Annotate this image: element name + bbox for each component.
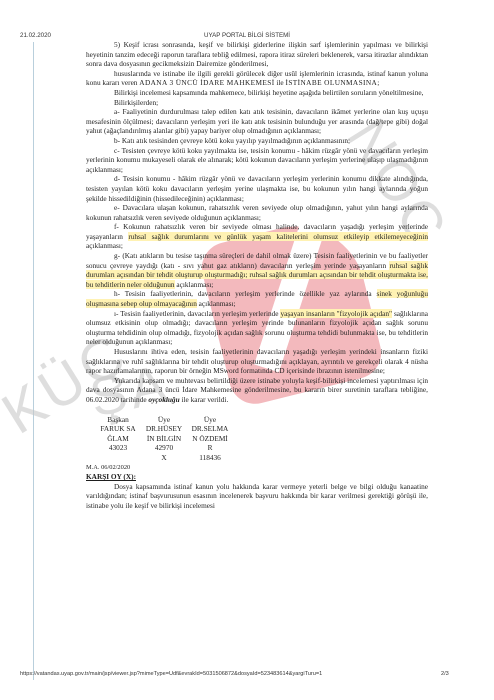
question-f: f- Kokunun rahatsızlık veren bir seviyed… [86,222,428,251]
sig-name: N ÖZDEMİ [188,434,232,444]
sig-name: İN BİLGİN [142,434,186,444]
paragraph-bilirkisilerden: Bilirkişilerden; [86,98,428,108]
signature-block: Başkan Üye Üye FARUK SA DR.HÜSEY DR.SELM… [96,415,428,463]
sig-name: FARUK SA [96,424,140,434]
sig-id: R [188,443,232,453]
question-h: h- Tesisin faaliyetlerinin, davacıların … [86,289,428,308]
highlighted-text: ruhsal sağlık durumlarını ve günlük yaşa… [128,232,428,241]
paragraph-bilirkisi: Bilirkişi incelemesi kapsamında mahkemec… [86,88,428,98]
page-url: https://vatandas.uyap.gov.tr/main/jsp/vi… [20,671,322,677]
question-e: e- Davacılara ulaşan kokunun, rahatsızlı… [86,203,428,222]
sig-id: 42970 [142,443,186,453]
sig-id: X [142,453,186,463]
sig-role: Başkan [96,415,140,425]
court-name: ADANA 3 ÜNCÜ İDARE MAHKEMESİ [139,78,274,87]
question-b: b- Katı atık tesisinden çevreye kötü kok… [86,136,428,146]
sig-name: DR.HÜSEY [142,424,186,434]
question-i: ı- Tesisin faaliyetlerinin, davacıların … [86,309,428,347]
sig-name: DR.SELMA [188,424,232,434]
document-body: 5) Keşif icrası sonrasında, keşif ve bil… [86,40,428,511]
print-footer: https://vatandas.uyap.gov.tr/main/jsp/vi… [0,671,494,681]
sig-role: Üye [142,415,186,425]
ma-line: M.A. 06/02/2020 [86,463,428,473]
question-g: g- (Katı atıkların bu tesise taşınma sür… [86,251,428,289]
vote-majority: oyçokluğu [148,395,179,404]
sig-id: 118436 [188,453,232,463]
question-c: c- Tesisten çevreye kötü koku yayılmakta… [86,146,428,175]
dissent-title: KARŞI OY (X): [86,472,428,482]
question-d: d- Tesisin konumu - hâkim rüzgâr yönü ve… [86,174,428,203]
sig-id: 43023 [96,443,140,453]
paragraph-decision: Yukarıda kapsam ve muhtevası belirtildiğ… [86,376,428,405]
paragraph-hususlarinda: hususlarında ve istinabe ile ilgili gere… [86,69,428,88]
sig-id [96,453,140,463]
paragraph-hususlarini: Hususlarını ihtiva eden, tesisin faaliye… [86,347,428,376]
question-a: a- Faaliyetinin durdurulması talep edile… [86,107,428,136]
paragraph-item-5: 5) Keşif icrası sonrasında, keşif ve bil… [86,40,428,69]
dissent-text: Dosya kapsamında istinaf kanun yolu hakk… [86,482,428,511]
system-title: UYAP PORTAL BİLGİ SİSTEMİ [0,32,494,39]
istinabe-decision: İSTİNABE OLUNMASINA; [286,78,380,87]
sig-name: ĞLAM [96,434,140,444]
sig-role: Üye [188,415,232,425]
page-number: 2/3 [441,671,449,677]
margin-line [33,42,34,680]
highlighted-text: yaşayan insanların "fizyolojik açıdan" [280,309,392,318]
